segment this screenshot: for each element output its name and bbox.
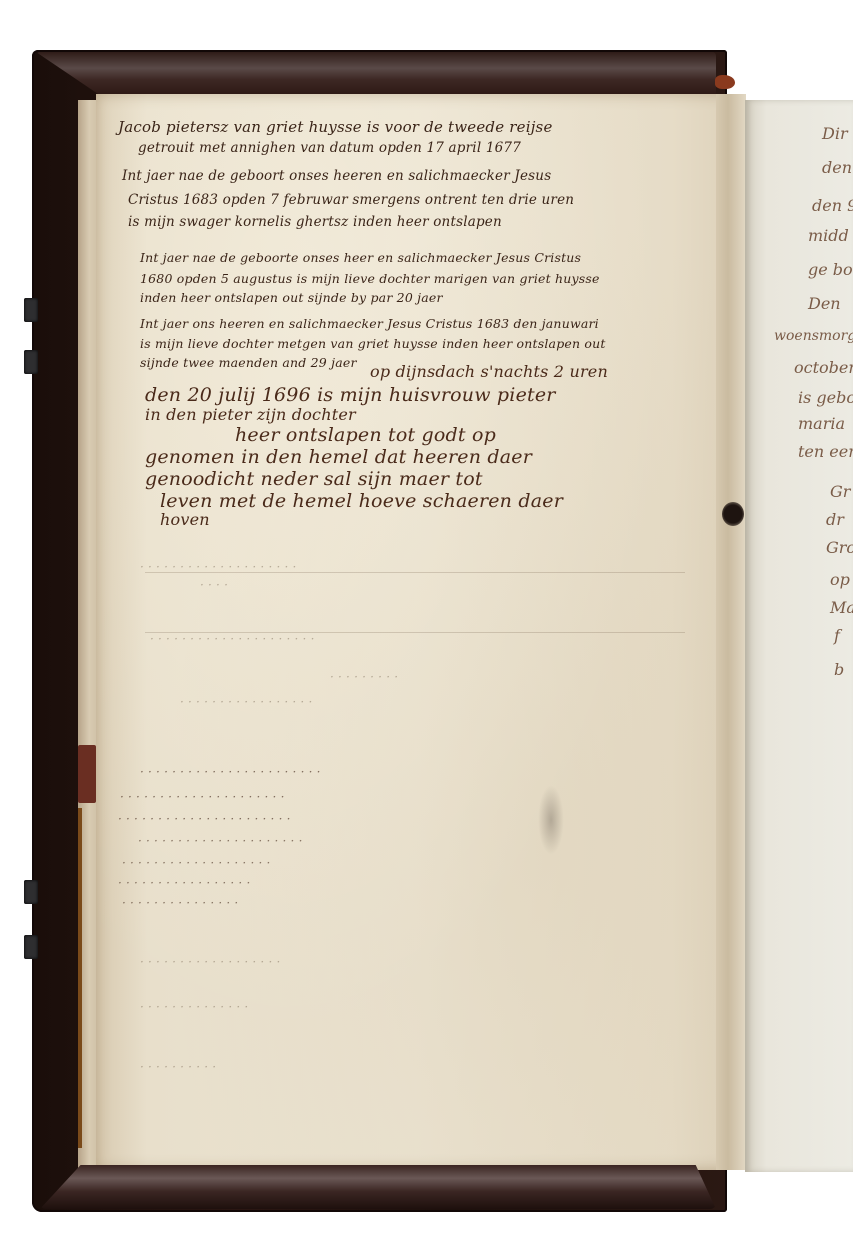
right-line-11: ten een: [798, 442, 853, 461]
clasp-upper-a: [24, 298, 38, 322]
entry-5-line-3: in den pieter zijn dochter: [145, 405, 356, 424]
right-line-2: den: [822, 158, 852, 177]
right-line-5: ge bo: [808, 260, 853, 279]
clasp-lower-a: [24, 880, 38, 904]
cover-top-edge: [36, 52, 716, 98]
right-line-8: october: [794, 358, 853, 377]
clasp-upper-b: [24, 350, 38, 374]
entry-5-line-2: den 20 julij 1696 is mijn huisvrouw piet…: [145, 384, 556, 406]
entry-5-line-8: hoven: [160, 510, 210, 529]
cover-bottom-edge: [40, 1165, 716, 1209]
entry-4-line-2: is mijn lieve dochter metgen van griet h…: [140, 336, 606, 351]
right-line-14: Grou: [826, 538, 853, 557]
entry-1-line-2: getrouit met annighen van datum opden 17…: [138, 140, 521, 156]
entry-5-line-5: genomen in den hemel dat heeren daer: [145, 446, 532, 468]
entry-4-line-3: sijnde twee maenden and 29 jaer: [140, 355, 357, 370]
leather-patch: [78, 745, 96, 803]
entry-3-line-3: inden heer ontslapen out sijnde by par 2…: [140, 290, 443, 305]
leather-strip: [78, 808, 82, 1148]
entry-1-line-1: Jacob pietersz van griet huysse is voor …: [118, 118, 553, 136]
right-line-18: b: [834, 660, 844, 679]
right-line-15: op: [830, 570, 850, 589]
right-line-17: f: [834, 626, 840, 645]
right-line-16: Ma: [830, 598, 853, 617]
entry-4-line-1: Int jaer ons heeren en salichmaecker Jes…: [140, 316, 599, 331]
right-line-7: woensmorg: [774, 328, 853, 344]
right-line-4: midd: [808, 226, 849, 245]
entry-3-line-1: Int jaer nae de geboorte onses heer en s…: [140, 250, 581, 265]
entry-2-line-2: Cristus 1683 opden 7 februwar smergens o…: [128, 192, 574, 208]
entry-5-line-7: leven met de hemel hoeve schaeren daer: [160, 490, 563, 512]
right-line-1: Dir: [822, 124, 848, 143]
entry-3-line-2: 1680 opden 5 augustus is mijn lieve doch…: [140, 271, 600, 286]
right-line-3: den 9: [812, 196, 853, 215]
entry-5-line-4: heer ontslapen tot godt op: [235, 424, 496, 446]
entry-2-line-3: is mijn swager kornelis ghertsz inden he…: [128, 214, 502, 230]
entry-2-line-1: Int jaer nae de geboort onses heeren en …: [122, 168, 551, 184]
right-line-13: dr: [826, 510, 844, 529]
page-gutter: [716, 94, 746, 1170]
right-line-12: Gr: [830, 482, 850, 501]
leather-tear: [715, 75, 735, 89]
right-line-10: maria: [798, 414, 845, 433]
ink-blot: [722, 502, 744, 526]
ink-smudge: [538, 785, 564, 855]
right-line-6: Den: [808, 294, 841, 313]
right-line-9: is gebo: [798, 388, 853, 407]
entry-5-line-1: op dijnsdach s'nachts 2 uren: [370, 362, 608, 381]
clasp-lower-b: [24, 935, 38, 959]
entry-5-line-6: genoodicht neder sal sijn maer tot: [145, 468, 483, 490]
